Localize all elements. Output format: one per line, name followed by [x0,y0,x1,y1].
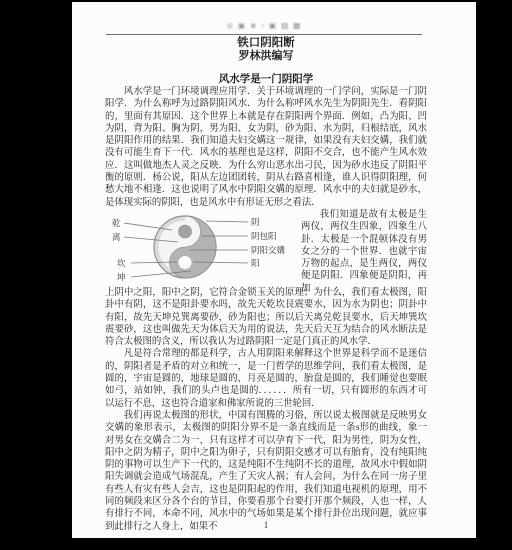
taiji-side-text: 我们知道是故有太极是生两仪，两仪生四象，四象生八卦．太极是一个混顿体没有男女之分… [301,209,427,295]
scanned-book-page: ⊙▣⊛▫▣▨▩ 铁口阴阳断 罗林洪编写 风水学是一门阴阳学 风水学是一门环境调理… [72,2,476,538]
taiji-side-paragraph: 我们知道是故有太极是生两仪，两仪生四象，四象生八卦．太极是一个混顿体没有男女之分… [301,209,427,295]
label-yang: 阳 [251,258,260,268]
label-qian: 乾 [112,218,121,228]
paragraph-2-continued: 上阴中之阳，阳中之阴，它符合金锁玉关的原理；为什么，我们看太极图，阳卦中有阴，这… [105,287,427,348]
paragraph-3: 凡是符合常理的都是科学，古人用阴阳来解释这个世界是科学而不是迷信的，阴阳者是矛盾… [105,348,427,409]
label-yin: 阴 [251,217,260,227]
watermark-text: ⊙▣⊛▫▣▨▩ [105,21,427,31]
taiji-diagram-row: 乾 离 坎 坤 阴 阴包阳 阴阳交媾 阳 我们知道是故有太极是生两仪，两仪生四象… [105,209,427,287]
label-jiaogou: 阴阳交媾 [251,245,286,255]
section-heading: 风水学是一门阴阳学 [105,73,427,86]
label-li: 离 [112,232,121,242]
header-rule [106,34,422,35]
document-author: 罗林洪编写 [105,50,427,63]
label-yinbaoyang: 阴包阳 [251,231,277,241]
body-text: 风水学是一门环境调理应用学．关于环境调理的一门学问，实际是一门阴阳学．为什么称呼… [105,86,427,533]
yang-eye-in-yin [179,256,192,269]
label-kun: 坤 [117,272,126,282]
label-kan: 坎 [117,258,126,268]
leader-line-yin [206,221,248,222]
paragraph-1: 风水学是一门环境调理应用学．关于环境调理的一门学问，实际是一门阴阳学．为什么称呼… [105,86,427,209]
paragraph-4: 我们再说太极图的形状，中国有图腾的习俗，所以说太极图就是反映男女交媾的象形表示，… [105,410,427,533]
yin-eye-in-yang [179,225,192,238]
taiji-diagram: 乾 离 坎 坤 阴 阴包阳 阴阳交媾 阳 [105,209,301,287]
document-title: 铁口阴阳断 [105,37,427,50]
page-number: 1 [72,520,460,530]
